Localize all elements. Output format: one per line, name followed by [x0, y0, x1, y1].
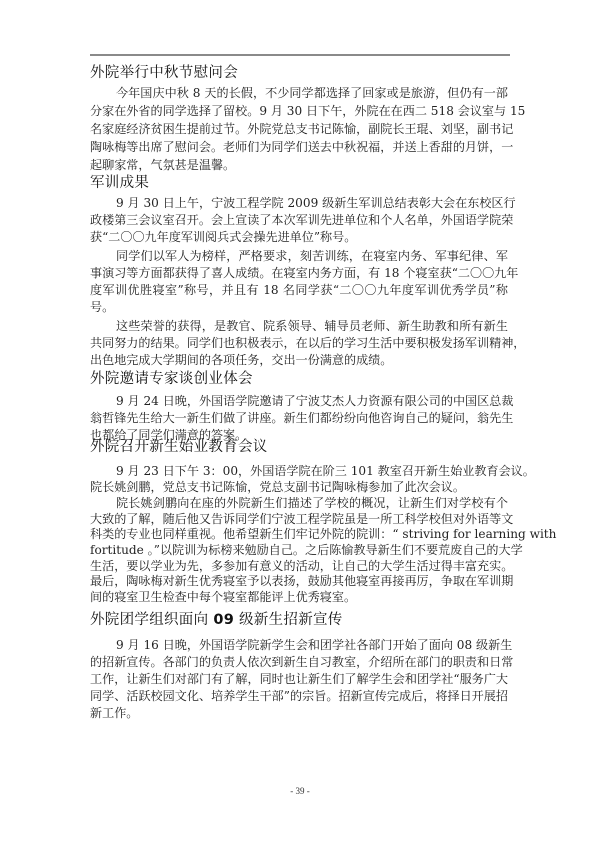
paragraph-line: 院长姚剑鹏向在座的外院新生们描述了学校的概况，让新生们对学校有个 [116, 495, 508, 511]
section-heading-orientation-meeting: 外院召开新生始业教育会议 [90, 438, 268, 456]
paragraph-line: 今年国庆中秋 8 天的长假，不少同学都选择了回家或是旅游，但仍有一部 [116, 85, 508, 101]
paragraph-line: 最后，陶咏梅对新生优秀寝室予以表扬，鼓励其他寝室再接再厉，争取在军训期 [90, 573, 508, 589]
paragraph-line: 间的寝室卫生检查中每个寝室都能评上优秀寝室。 [90, 589, 508, 605]
paragraph-line: 科类的专业也同样重视。他希望新生们牢记外院的院训：“ striving for … [90, 526, 508, 542]
paragraph-line: 名家庭经济贫困生提前过节。外院党总支书记陈愉，副院长王琨、刘坚，副书记 [90, 121, 508, 137]
paragraph-line: 起聊家常，气氛甚是温馨。 [90, 157, 508, 173]
paragraph-line: 事演习等方面都获得了喜人成绩。在寝室内务方面，有 18 个寝室获“二〇〇九年 [90, 265, 508, 281]
paragraph-line: 同学、活跃校园文化、培养学生干部”的宗旨。招新宣传完成后，将择日开展招 [90, 688, 508, 704]
heading-text: 级新生招新宣传 [234, 612, 343, 628]
paragraph-line: 共同努力的结果。同学们也积极表示，在以后的学习生活中要积极发扬军训精神， [90, 335, 508, 351]
section-heading-mid-autumn: 外院举行中秋节慰问会 [90, 64, 238, 82]
paragraph-line: 这些荣誉的获得，是教官、院系领导、辅导员老师、新生助教和所有新生 [116, 318, 508, 334]
paragraph-line: 分家在外省的同学选择了留校。9 月 30 日下午，外院在在西二 518 会议室与… [90, 103, 508, 119]
heading-grade-number: 09 [213, 612, 234, 628]
paragraph-line: 度军训优胜寝室”称号，并且有 18 名同学获“二〇〇九年度军训优秀学员”称 [90, 282, 508, 298]
section-heading-recruitment: 外院团学组织面向 09 级新生招新宣传 [90, 611, 343, 629]
paragraph-line: 陶咏梅等出席了慰问会。老师们为同学们送去中秋祝福，并送上香甜的月饼，一 [90, 139, 508, 155]
header-rule [90, 54, 510, 56]
paragraph-line: 政楼第三会议室召开。会上宣读了本次军训先进单位和个人名单，外国语学院荣 [90, 212, 508, 228]
heading-text: 外院团学组织面向 [90, 612, 213, 628]
paragraph-line: 号。 [90, 299, 508, 315]
paragraph-line: 翁哲锋先生给大一新生们做了讲座。新生们都纷纷向他咨询自己的疑问，翁先生 [90, 410, 508, 426]
paragraph-line: 新工作。 [90, 705, 508, 721]
section-heading-expert-talk: 外院邀请专家谈创业体会 [90, 370, 253, 388]
paragraph-line: 同学们以军人为榜样，严格要求，刻苦训练，在寝室内务、军事纪律、军 [116, 248, 508, 264]
paragraph-line: 大致的了解，随后他又告诉同学们宁波工程学院虽是一所工科学校但对外语等文 [90, 511, 508, 527]
paragraph-line: 院长姚剑鹏，党总支书记陈愉，党总支副书记陶咏梅参加了此次会议。 [90, 479, 508, 495]
paragraph-line: 的招新宣传。各部门的负责人依次到新生自习教室，介绍所在部门的职责和日常 [90, 654, 508, 670]
paragraph-line: 9 月 24 日晚，外国语学院邀请了宁波艾杰人力资源有限公司的中国区总裁 [116, 393, 508, 409]
paragraph-line: 9 月 16 日晚，外国语学院新学生会和团学社各部门开始了面向 08 级新生 [116, 637, 508, 653]
paragraph-line: fortitude 。”以院训为标榜来勉励自己。之后陈愉教导新生们不要荒废自己的… [90, 542, 508, 558]
paragraph-line: 出色地完成大学期间的各项任务，交出一份满意的成绩。 [90, 352, 508, 368]
paragraph-line: 获“二〇〇九年度军训阅兵式会操先进单位”称号。 [90, 229, 508, 245]
paragraph-line: 生活，要以学业为先，多参加有意义的活动，让自己的大学生活过得丰富充实。 [90, 558, 508, 574]
section-heading-military-training: 军训成果 [90, 174, 149, 192]
paragraph-line: 9 月 23 日下午 3：00，外国语学院在阶三 101 教室召开新生始业教育会… [116, 463, 508, 479]
paragraph-line: 工作，让新生们对部门有了解，同时也让新生们了解学生会和团学社“服务广大 [90, 671, 508, 687]
paragraph-line: 9 月 30 日上午，宁波工程学院 2009 级新生军训总结表彰大会在东校区行 [116, 195, 508, 211]
page-number: - 39 - [0, 786, 600, 796]
